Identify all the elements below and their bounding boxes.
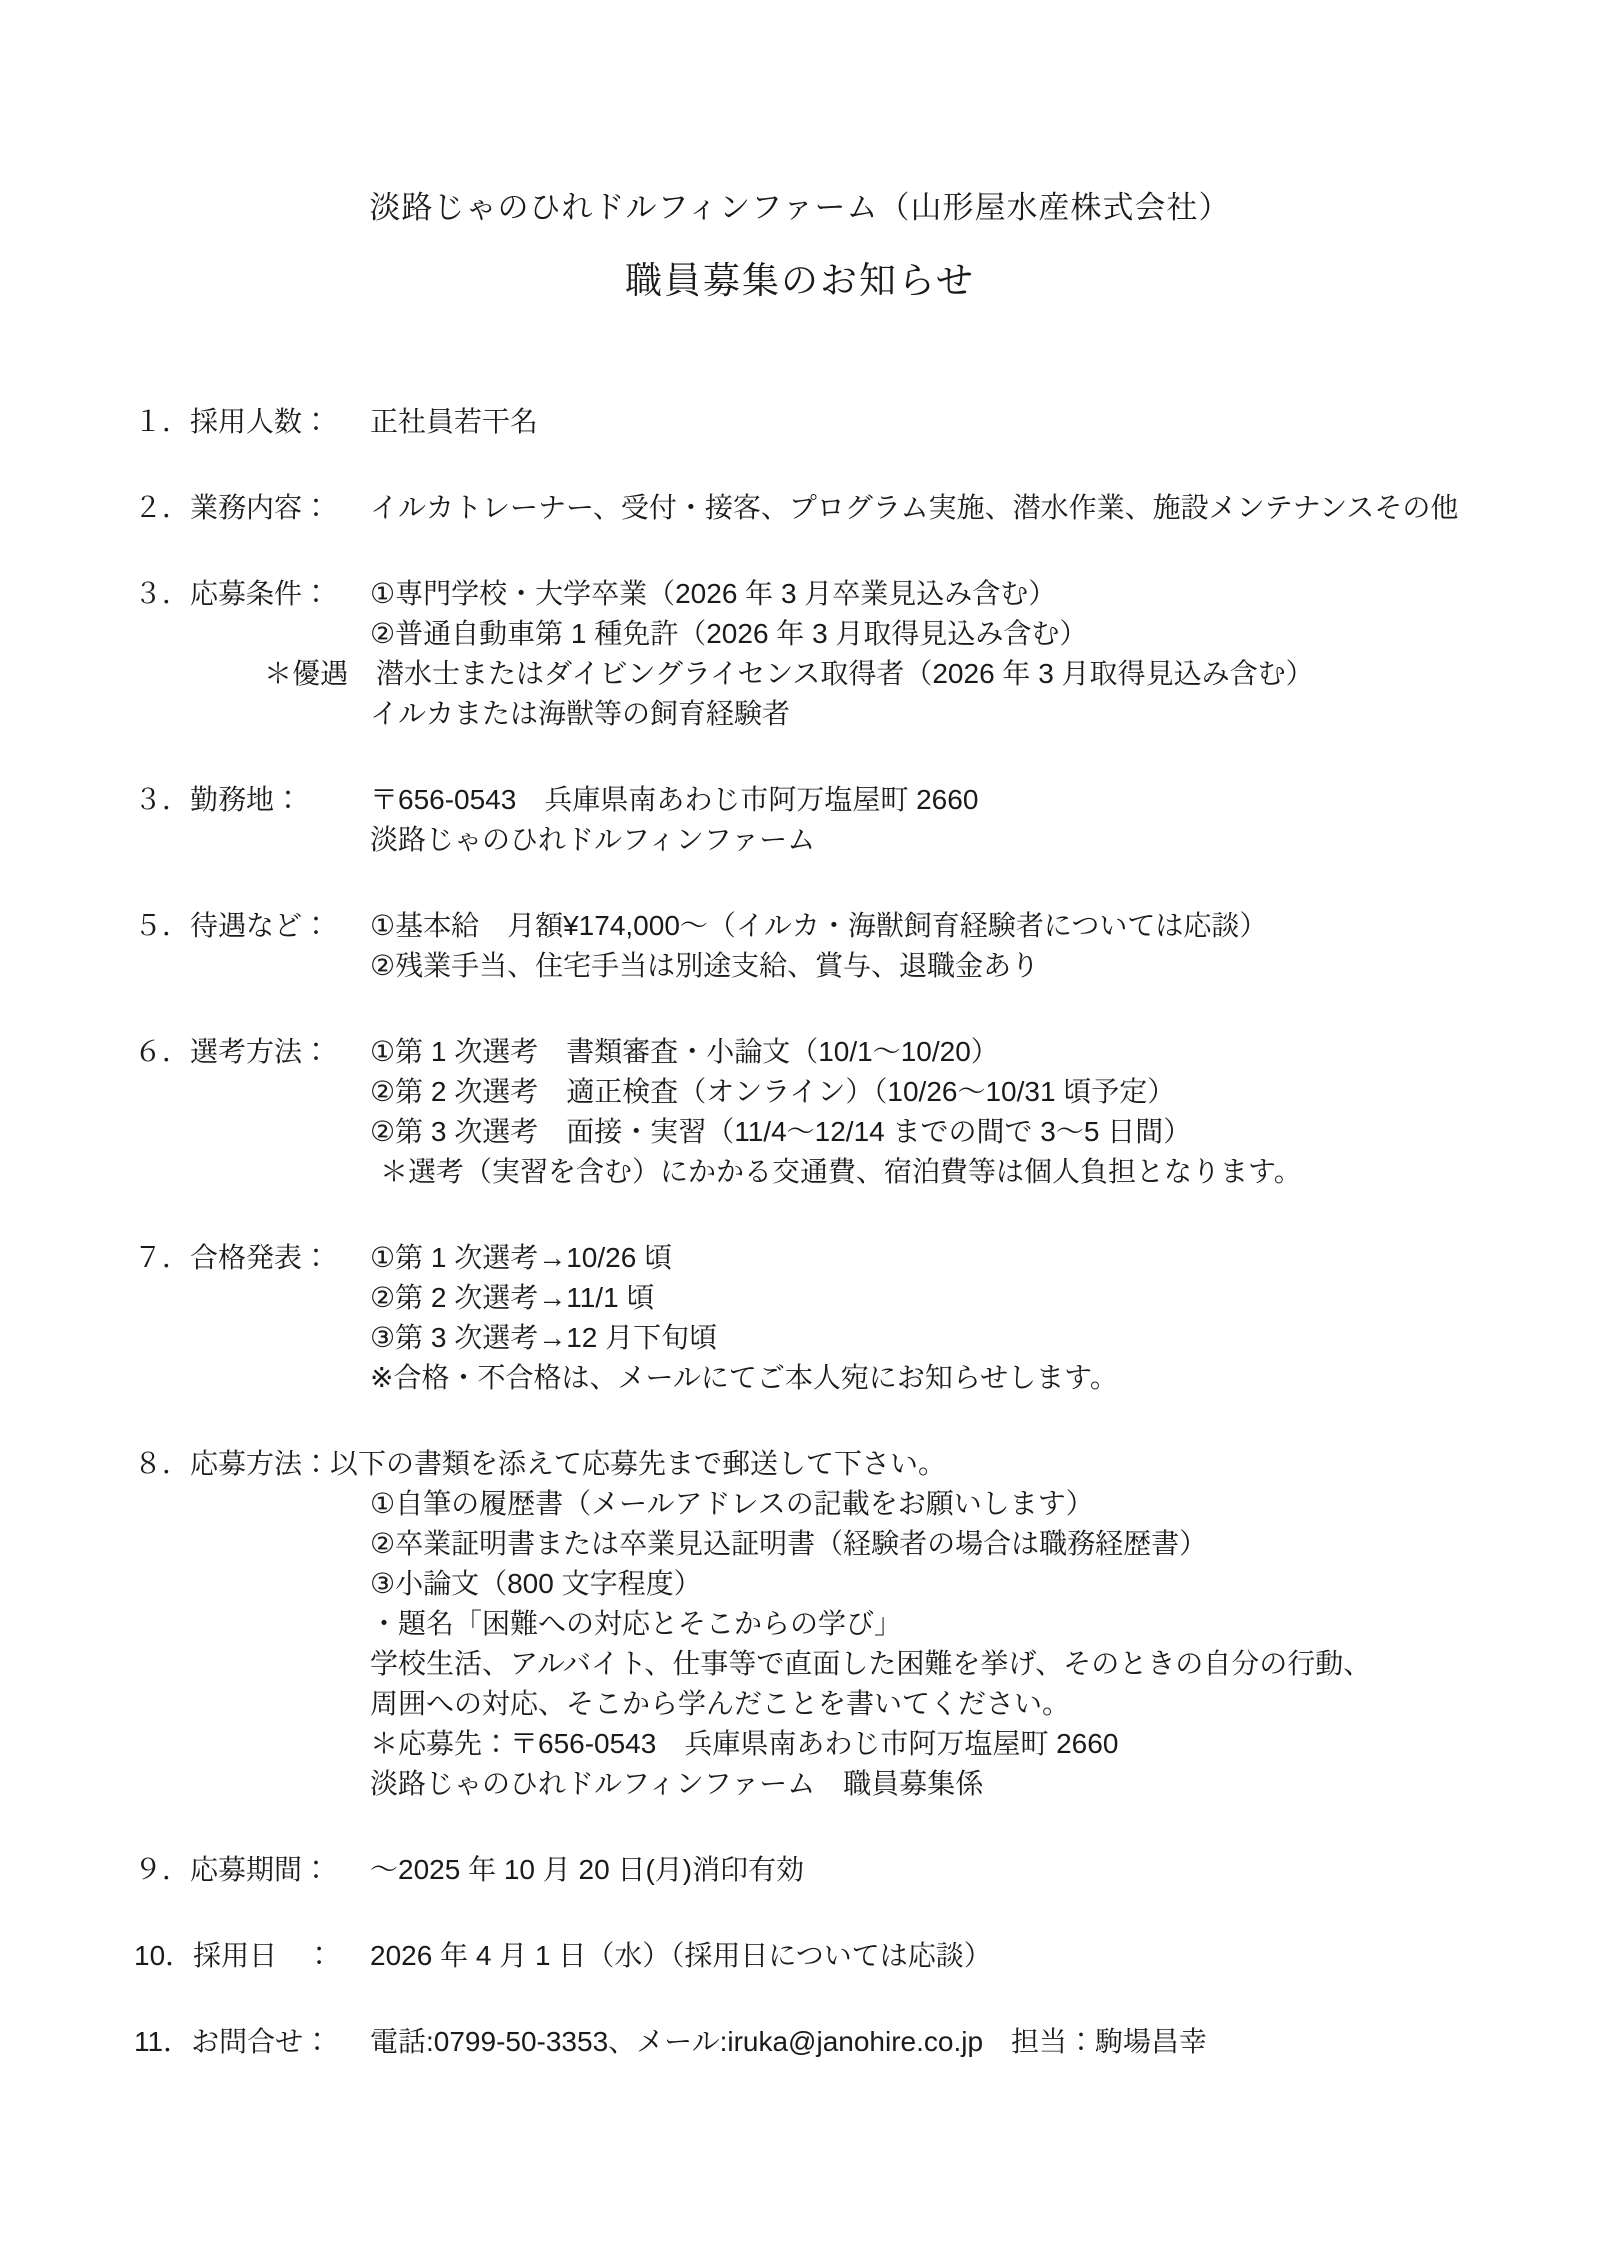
item-line: 電話:0799-50-3353、メール:iruka@janohire.co.jp…: [370, 2022, 1560, 2062]
item-label: １．採用人数：: [134, 402, 370, 442]
item-line: 以下の書類を添えて応募先まで郵送して下さい。: [330, 1448, 946, 1479]
item-line: ～2025 年 10 月 20 日(月)消印有効: [370, 1850, 1560, 1890]
item-line: ①自筆の履歴書（メールアドレスの記載をお願いします）: [370, 1484, 1560, 1524]
item-label: ５．待遇など：: [134, 906, 370, 946]
item-line: 淡路じゃのひれドルフィンファーム 職員募集係: [370, 1764, 1560, 1804]
item-first-line: ８．応募方法：以下の書類を添えて応募先まで郵送して下さい。: [134, 1444, 1560, 1484]
item-content: 2026 年 4 月 1 日（水）（採用日については応談）: [370, 1936, 1560, 1976]
item-line: 淡路じゃのひれドルフィンファーム: [370, 820, 1560, 860]
item-row: ５．待遇など：①基本給 月額¥174,000～（イルカ・海獣飼育経験者については…: [134, 906, 1560, 986]
item-line: イルカトレーナー、受付・接客、プログラム実施、潜水作業、施設メンテナンスその他: [370, 488, 1560, 528]
item-content: 正社員若干名: [370, 402, 1560, 442]
item-line: イルカまたは海獣等の飼育経験者: [370, 694, 1560, 734]
document-page: 淡路じゃのひれドルフィンファーム（山形屋水産株式会社） 職員募集のお知らせ １．…: [0, 0, 1600, 2264]
item-line: ②第 2 次選考 適正検査（オンライン）（10/26～10/31 頃予定）: [370, 1072, 1560, 1112]
items-list: １．採用人数：正社員若干名２．業務内容：イルカトレーナー、受付・接客、プログラム…: [134, 402, 1560, 2062]
item-row: ６．選考方法：①第 1 次選考 書類審査・小論文（10/1～10/20）②第 2…: [134, 1032, 1560, 1192]
item-label: 10．採用日 ：: [134, 1936, 370, 1976]
item-line: ＊選考（実習を含む）にかかる交通費、宿泊費等は個人負担となります。: [380, 1152, 1560, 1192]
item-content: ①専門学校・大学卒業（2026 年 3 月卒業見込み含む）②普通自動車第 1 種…: [370, 574, 1560, 734]
item-line: ②第 2 次選考→11/1 頃: [370, 1278, 1560, 1318]
item-line: ②卒業証明書または卒業見込証明書（経験者の場合は職務経歴書）: [370, 1524, 1560, 1564]
item-line: 正社員若干名: [370, 402, 1560, 442]
item-row: ３．勤務地：〒656-0543 兵庫県南あわじ市阿万塩屋町 2660淡路じゃのひ…: [134, 780, 1560, 860]
item-row: ７．合格発表：①第 1 次選考→10/26 頃②第 2 次選考→11/1 頃③第…: [134, 1238, 1560, 1398]
item-row: ２．業務内容：イルカトレーナー、受付・接客、プログラム実施、潜水作業、施設メンテ…: [134, 488, 1560, 528]
item-content: ①基本給 月額¥174,000～（イルカ・海獣飼育経験者については応談）②残業手…: [370, 906, 1560, 986]
item-row: 10．採用日 ：2026 年 4 月 1 日（水）（採用日については応談）: [134, 1936, 1560, 1976]
item-row: 11．お問合せ：電話:0799-50-3353、メール:iruka@janohi…: [134, 2022, 1560, 2062]
item-label: ９．応募期間：: [134, 1850, 370, 1890]
item-line: ＊応募先：〒656-0543 兵庫県南あわじ市阿万塩屋町 2660: [370, 1724, 1560, 1764]
item-line: ①第 1 次選考 書類審査・小論文（10/1～10/20）: [370, 1032, 1560, 1072]
item-row: ９．応募期間：～2025 年 10 月 20 日(月)消印有効: [134, 1850, 1560, 1890]
item-content: ①第 1 次選考 書類審査・小論文（10/1～10/20）②第 2 次選考 適正…: [370, 1032, 1560, 1192]
item-line: ※合格・不合格は、メールにてご本人宛にお知らせします。: [370, 1358, 1560, 1398]
item-line: ③小論文（800 文字程度）: [370, 1564, 1560, 1604]
item-line: ③第 3 次選考→12 月下旬頃: [370, 1318, 1560, 1358]
item-line: ＊優遇 潜水士またはダイビングライセンス取得者（2026 年 3 月取得見込み含…: [264, 654, 1560, 694]
item-line: ・題名「困難への対応とそこからの学び」: [370, 1604, 1560, 1644]
item-row: ３．応募条件：①専門学校・大学卒業（2026 年 3 月卒業見込み含む）②普通自…: [134, 574, 1560, 734]
item-line: ②残業手当、住宅手当は別途支給、賞与、退職金あり: [370, 946, 1560, 986]
item-line: ②普通自動車第 1 種免許（2026 年 3 月取得見込み含む）: [370, 614, 1560, 654]
item-content: ①第 1 次選考→10/26 頃②第 2 次選考→11/1 頃③第 3 次選考→…: [370, 1238, 1560, 1398]
item-line: ①第 1 次選考→10/26 頃: [370, 1238, 1560, 1278]
item-row: ８．応募方法：以下の書類を添えて応募先まで郵送して下さい。①自筆の履歴書（メール…: [134, 1444, 1560, 1804]
item-label: ６．選考方法：: [134, 1032, 370, 1072]
item-line: 〒656-0543 兵庫県南あわじ市阿万塩屋町 2660: [370, 780, 1560, 820]
item-line: 2026 年 4 月 1 日（水）（採用日については応談）: [370, 1936, 1560, 1976]
item-line: 周囲への対応、そこから学んだことを書いてください。: [370, 1684, 1560, 1724]
item-line: ①基本給 月額¥174,000～（イルカ・海獣飼育経験者については応談）: [370, 906, 1560, 946]
item-content: ～2025 年 10 月 20 日(月)消印有効: [370, 1850, 1560, 1890]
item-content: 〒656-0543 兵庫県南あわじ市阿万塩屋町 2660淡路じゃのひれドルフィン…: [370, 780, 1560, 860]
item-label: ３．勤務地：: [134, 780, 370, 820]
item-line: 学校生活、アルバイト、仕事等で直面した困難を挙げ、そのときの自分の行動、: [370, 1644, 1560, 1684]
item-label: ２．業務内容：: [134, 488, 370, 528]
item-content: イルカトレーナー、受付・接客、プログラム実施、潜水作業、施設メンテナンスその他: [370, 488, 1560, 528]
document-title: 淡路じゃのひれドルフィンファーム（山形屋水産株式会社）: [0, 186, 1600, 230]
document-subtitle: 職員募集のお知らせ: [0, 256, 1600, 306]
item-content: 電話:0799-50-3353、メール:iruka@janohire.co.jp…: [370, 2022, 1560, 2062]
item-line: ②第 3 次選考 面接・実習（11/4～12/14 までの間で 3～5 日間）: [370, 1112, 1560, 1152]
item-label: 11．お問合せ：: [134, 2022, 370, 2062]
item-label: ７．合格発表：: [134, 1238, 370, 1278]
item-label: ８．応募方法：: [134, 1448, 330, 1479]
item-row: １．採用人数：正社員若干名: [134, 402, 1560, 442]
item-line: ①専門学校・大学卒業（2026 年 3 月卒業見込み含む）: [370, 574, 1560, 614]
item-label: ３．応募条件：: [134, 574, 370, 614]
